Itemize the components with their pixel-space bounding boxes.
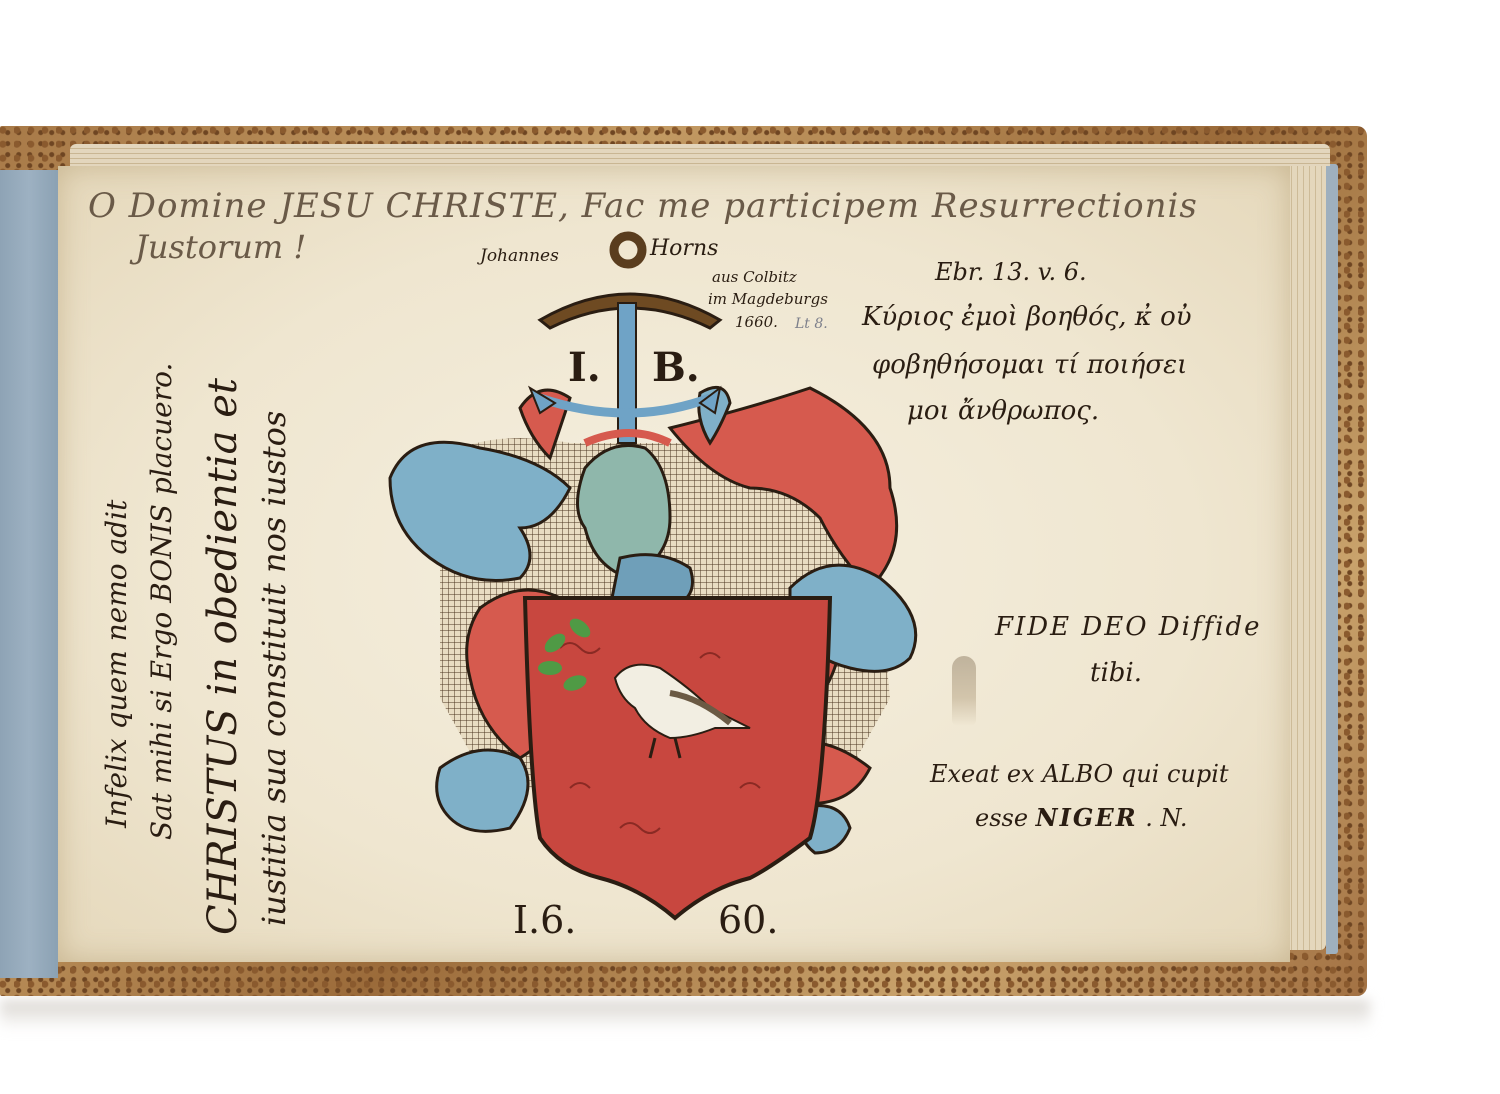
greek-line-1: Κύριος ἐμοὶ βοηθός, κ̓ οὐ xyxy=(862,302,1192,332)
motto-fide-line2: tibi. xyxy=(1090,658,1142,688)
book-shadow xyxy=(0,1000,1370,1030)
motto-fide-line1: FIDE DEO Diffide xyxy=(995,612,1262,642)
crest-initial-i: I. xyxy=(568,344,601,391)
greek-line-3: μοι ἄνθρωπος. xyxy=(907,396,1099,426)
header-inscription-line1: O Domine JESU CHRISTE, Fac me participem… xyxy=(88,186,1198,226)
crest-initial-b: B. xyxy=(652,344,700,391)
margin-line-1: Infelix quem nemo adit xyxy=(100,500,133,828)
margin-line-4: iustitia sua constituit nos iustos xyxy=(255,411,293,926)
margin-line-3: CHRISTUS in obedientia et xyxy=(200,378,246,935)
motto-exeat-post: . N. xyxy=(1138,804,1188,832)
greek-line-2: φοβηθήσομαι τί ποιήσει xyxy=(872,350,1187,380)
ink-stain xyxy=(952,656,976,726)
header-inscription-line2: Justorum ! xyxy=(135,228,306,266)
coat-of-arms xyxy=(370,228,950,968)
motto-exeat-line2: esse NIGER . N. xyxy=(975,803,1188,832)
margin-line-2: Sat mihi si Ergo BONIS placuero. xyxy=(145,363,178,840)
motto-exeat-pre: esse xyxy=(975,804,1036,832)
blue-endpaper-left xyxy=(0,170,58,978)
date-right: 60. xyxy=(718,898,778,942)
motto-exeat-niger: NIGER xyxy=(1036,803,1138,832)
page-edges-top xyxy=(70,144,1330,166)
blue-endpaper-right xyxy=(1326,164,1338,954)
shield xyxy=(525,598,830,918)
motto-exeat-line1: Exeat ex ALBO qui cupit xyxy=(930,760,1229,788)
date-left: I.6. xyxy=(513,898,576,942)
greek-reference: Ebr. 13. v. 6. xyxy=(935,258,1087,286)
